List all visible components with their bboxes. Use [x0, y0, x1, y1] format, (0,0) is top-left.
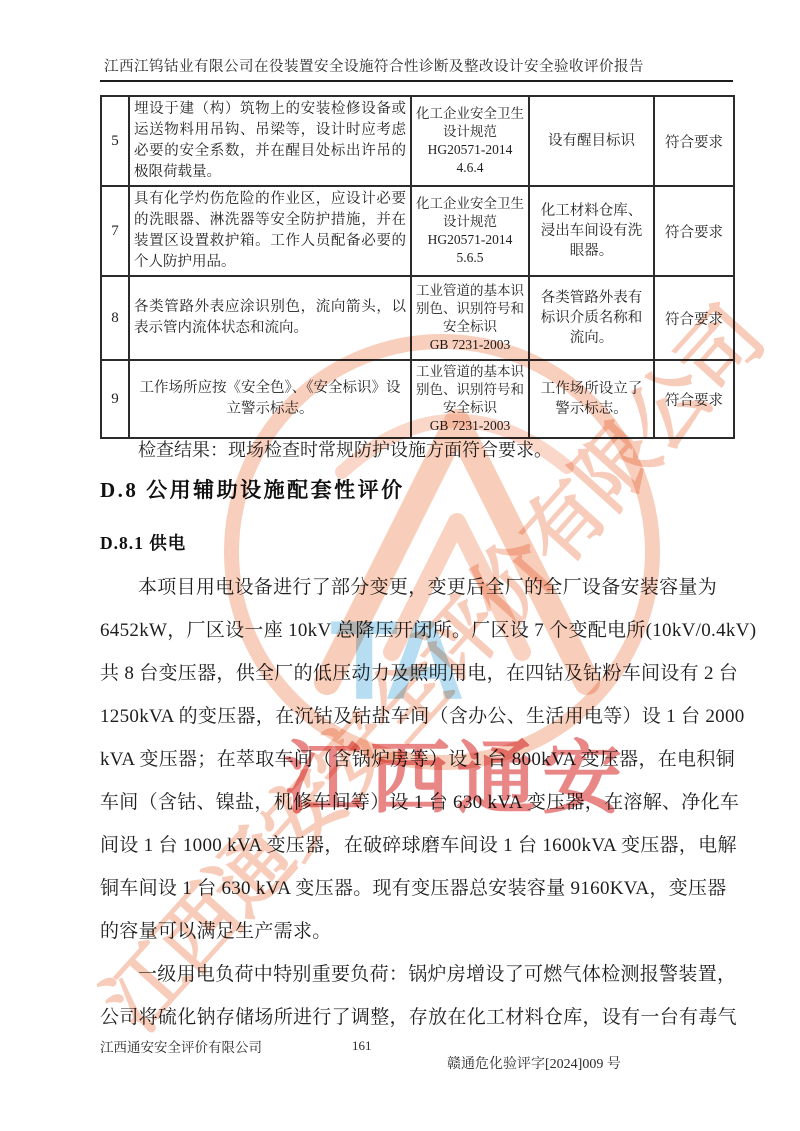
conclusion-cell: 符合要求 — [654, 186, 734, 276]
requirement-cell: 具有化学灼伤危险的作业区，应设计必要的洗眼器、淋洗器等安全防护措施，并在装置区设… — [129, 186, 411, 276]
paragraph-line: 间设 1 台 1000 kVA 变压器，在破碎球磨车间设 1 台 1600kVA… — [100, 824, 740, 867]
paragraph-line: 共 8 台变压器，供全厂的低压动力及照明用电，在四钴及钴粉车间设有 2 台 — [100, 652, 740, 695]
conclusion-cell: 符合要求 — [654, 96, 734, 186]
page-header-title: 江西江钨钴业有限公司在役装置安全设施符合性诊断及整改设计安全验收评价报告 — [104, 55, 744, 76]
standard-cell: 化工企业安全卫生设计规范 HG20571-2014 5.6.5 — [411, 186, 529, 276]
status-cell: 各类管路外表有标识介质名称和流向。 — [529, 276, 654, 360]
paragraph-line: 的容量可以满足生产需求。 — [100, 910, 740, 953]
footer-doc-number: 赣通危化验评字[2024]009 号 — [447, 1053, 621, 1073]
body-text: 本项目用电设备进行了部分变更，变更后全厂的全厂设备安装容量为 6452kW，厂区… — [100, 566, 740, 1039]
row-number-cell: 9 — [101, 360, 129, 438]
table-row: 9 工作场所应按《安全色》、《安全标识》设立警示标志。 工业管道的基本识别色、识… — [101, 360, 734, 438]
header-rule — [100, 80, 733, 82]
requirement-cell: 工作场所应按《安全色》、《安全标识》设立警示标志。 — [129, 360, 411, 438]
row-number-cell: 7 — [101, 186, 129, 276]
paragraph-line: 本项目用电设备进行了部分变更，变更后全厂的全厂设备安装容量为 — [100, 566, 740, 609]
paragraph-line: 车间（含钴、镍盐，机修车间等）设 1 台 630 kVA 变压器，在溶解、净化车 — [100, 781, 740, 824]
paragraph-line: 铜车间设 1 台 630 kVA 变压器。现有变压器总安装容量 9160KVA，… — [100, 867, 740, 910]
row-number-cell: 5 — [101, 96, 129, 186]
standard-cell: 工业管道的基本识别色、识别符号和安全标识 GB 7231-2003 — [411, 276, 529, 360]
requirement-cell: 埋设于建（构）筑物上的安装检修设备或运送物料用吊钩、吊梁等，设计时应考虑必要的安… — [129, 96, 411, 186]
table-row: 5 埋设于建（构）筑物上的安装检修设备或运送物料用吊钩、吊梁等，设计时应考虑必要… — [101, 96, 734, 186]
conclusion-cell: 符合要求 — [654, 360, 734, 438]
standard-cell: 工业管道的基本识别色、识别符号和安全标识 GB 7231-2003 — [411, 360, 529, 438]
table-row: 7 具有化学灼伤危险的作业区，应设计必要的洗眼器、淋洗器等安全防护措施，并在装置… — [101, 186, 734, 276]
footer-company-name: 江西通安安全评价有限公司 — [100, 1036, 262, 1056]
standard-cell: 化工企业安全卫生设计规范 HG20571-2014 4.6.4 — [411, 96, 529, 186]
paragraph-line: 1250kVA 的变压器，在沉钴及钴盐车间（含办公、生活用电等）设 1 台 20… — [100, 695, 740, 738]
paragraph-line: 公司将硫化钠存储场所进行了调整，存放在化工材料仓库，设有一台有毒气 — [100, 996, 740, 1039]
status-cell: 化工材料仓库、浸出车间设有洗眼器。 — [529, 186, 654, 276]
subsection-heading-d81: D.8.1 供电 — [100, 530, 186, 555]
paragraph-line: kVA 变压器；在萃取车间（含锅炉房等）设 1 台 800kVA 变压器，在电积… — [100, 738, 740, 781]
compliance-table: 5 埋设于建（构）筑物上的安装检修设备或运送物料用吊钩、吊梁等，设计时应考虑必要… — [100, 95, 735, 439]
requirement-cell: 各类管路外表应涂识别色，流向箭头，以表示管内流体状态和流向。 — [129, 276, 411, 360]
status-cell: 设有醒目标识 — [529, 96, 654, 186]
check-result-text: 检查结果：现场检查时常规防护设施方面符合要求。 — [100, 436, 736, 462]
status-cell: 工作场所设立了警示标志。 — [529, 360, 654, 438]
conclusion-cell: 符合要求 — [654, 276, 734, 360]
table-row: 8 各类管路外表应涂识别色，流向箭头，以表示管内流体状态和流向。 工业管道的基本… — [101, 276, 734, 360]
footer-page-number: 161 — [352, 1038, 372, 1054]
section-heading-d8: D.8 公用辅助设施配套性评价 — [100, 474, 405, 504]
paragraph-line: 一级用电负荷中特别重要负荷：锅炉房增设了可燃气体检测报警装置， — [100, 953, 740, 996]
row-number-cell: 8 — [101, 276, 129, 360]
paragraph-line: 6452kW，厂区设一座 10kV 总降压开闭所。厂区设 7 个变配电所(10k… — [100, 609, 740, 652]
report-page: 江西江钨钴业有限公司在役装置安全设施符合性诊断及整改设计安全验收评价报告 5 埋… — [0, 0, 800, 1131]
